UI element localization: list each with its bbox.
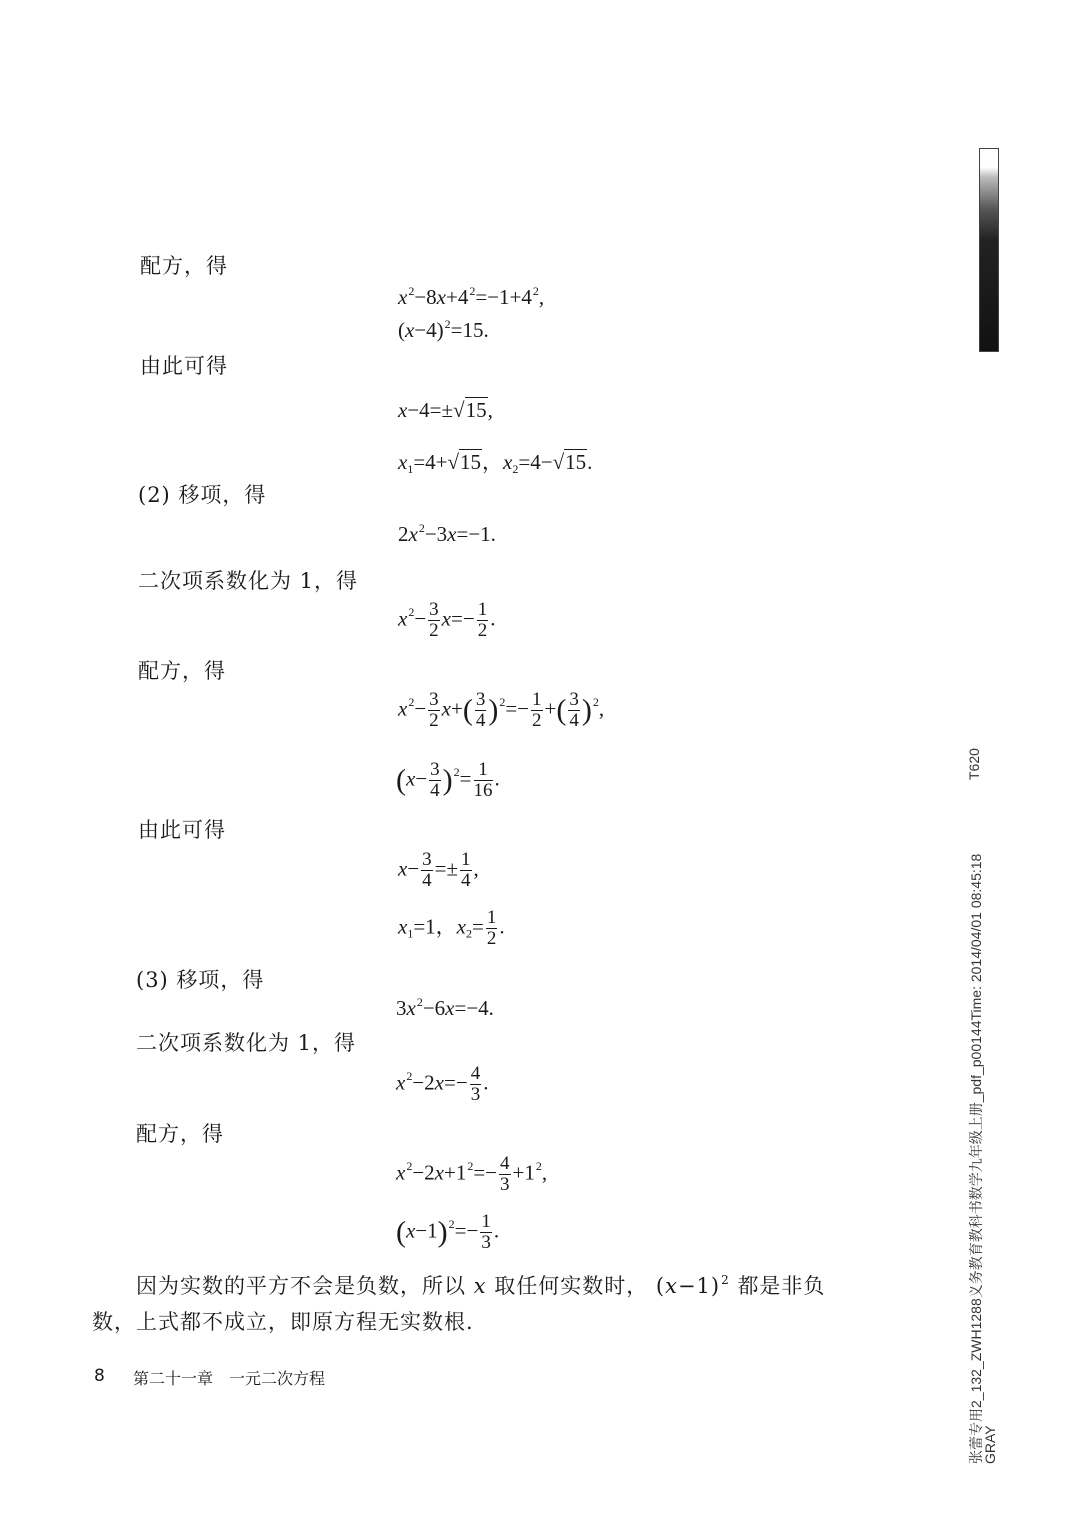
step-label: (2) 移项，得: [138, 479, 266, 509]
timestamp: 4Time: 2014/04/01 08:45:18: [968, 854, 984, 1029]
equation-7: x2−32x+(34)2=−12+(34)2,: [398, 690, 604, 731]
equation-6: x2−32x=−12.: [398, 600, 495, 641]
step-label: 由此可得: [140, 350, 228, 380]
conclusion-text: 都是非负: [737, 1274, 825, 1298]
step-label: 二次项系数化为 1，得: [136, 1027, 356, 1057]
step-label: 配方，得: [140, 250, 228, 280]
step-label: 配方，得: [138, 655, 226, 685]
step-label: 由此可得: [138, 814, 226, 844]
file-name: 张蕾专用2_132_ZWH1288义务教育教科书数学九年级上册_pdf_p001…: [968, 1028, 984, 1464]
equation-5: 2x2−3x=−1.: [398, 522, 496, 547]
print-code: T620: [966, 748, 982, 780]
conclusion-text: 取任何实数时，: [494, 1274, 648, 1298]
equation-10: x1=1，x2=12.: [398, 908, 505, 949]
equation-8: (x−34)2=116.: [396, 760, 500, 801]
chapter-title: 第二十一章 一元二次方程: [133, 1366, 325, 1389]
step-label: 配方，得: [136, 1118, 224, 1148]
equation-13: x2−2x+12=−43+12,: [396, 1154, 547, 1195]
inline-expression: (x−1)2: [656, 1274, 730, 1298]
step-label: (3) 移项，得: [136, 964, 264, 994]
equation-2: (x−4)2=15.: [398, 318, 489, 343]
variable-x: x: [474, 1274, 487, 1298]
conclusion-paragraph: 因为实数的平方不会是负数，所以 x 取任何实数时， (x−1)2 都是非负 数，…: [92, 1268, 832, 1340]
conclusion-text: 因为实数的平方不会是负数，所以: [136, 1274, 466, 1298]
conclusion-text: 数，上式都不成立，即原方程无实数根.: [92, 1304, 832, 1340]
equation-3: x−4=±√15,: [398, 398, 493, 423]
grayscale-calibration-bar: [979, 148, 999, 352]
print-mode: GRAY: [982, 1425, 998, 1464]
page-number: 8: [94, 1366, 105, 1386]
equation-11: 3x2−6x=−4.: [396, 996, 494, 1021]
equation-1: x2−8x+42=−1+42,: [398, 285, 544, 310]
equation-9: x−34=±14,: [398, 850, 479, 891]
print-file-info: 张蕾专用2_132_ZWH1288义务教育教科书数学九年级上册_pdf_p001…: [966, 854, 986, 1464]
equation-12: x2−2x=−43.: [396, 1064, 488, 1105]
step-label: 二次项系数化为 1，得: [138, 565, 358, 595]
equation-14: (x−1)2=−13.: [396, 1212, 499, 1253]
equation-4: x1=4+√15，x2=4−√15.: [398, 446, 592, 476]
